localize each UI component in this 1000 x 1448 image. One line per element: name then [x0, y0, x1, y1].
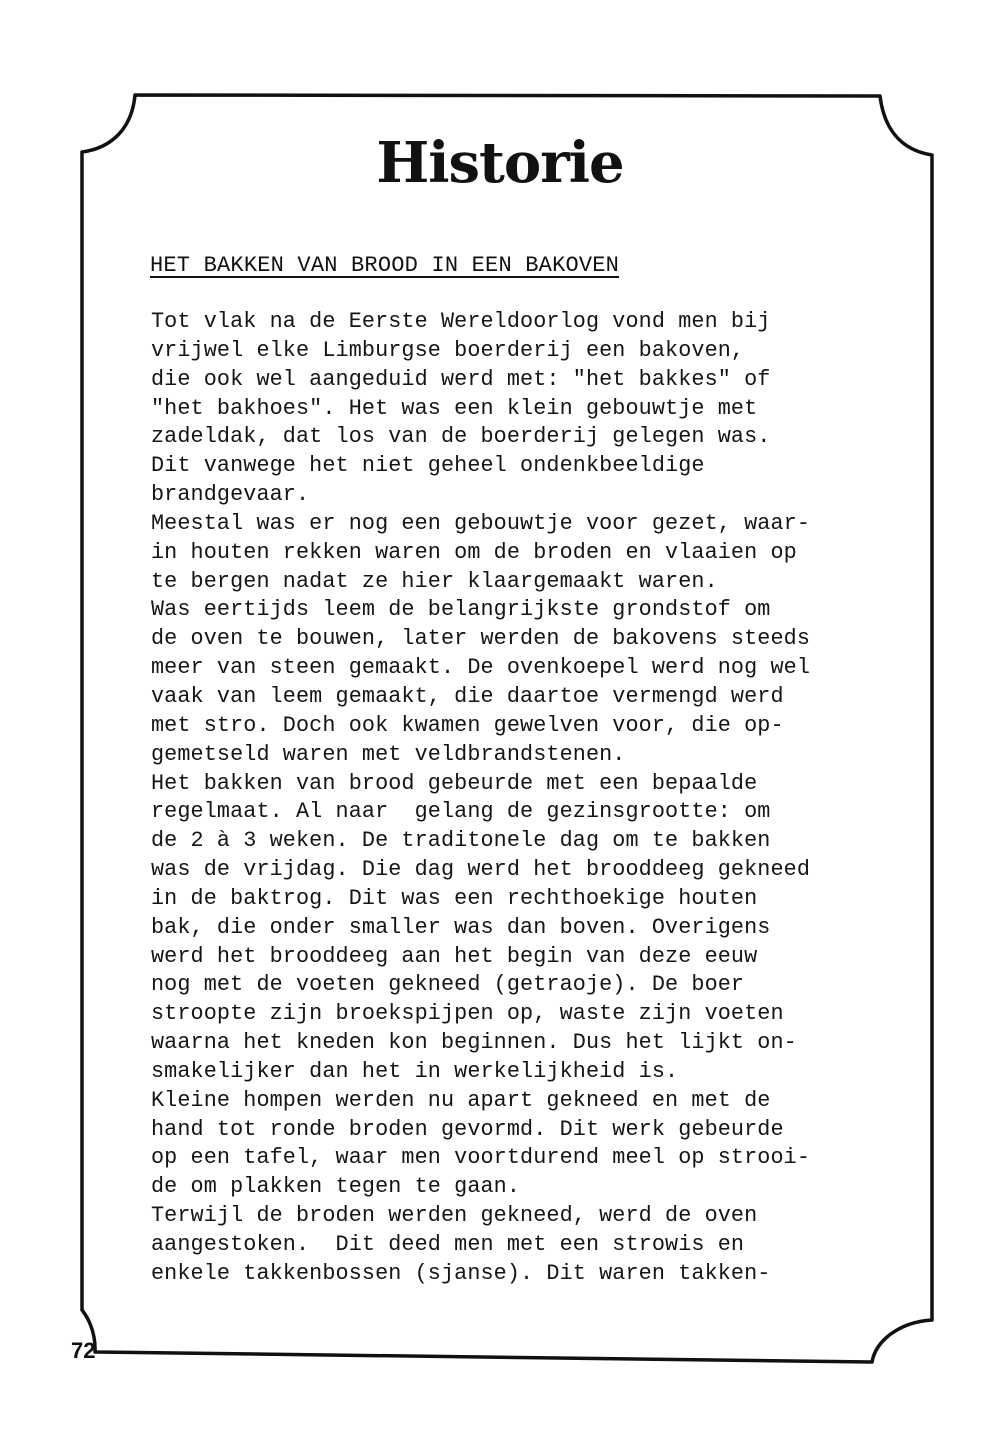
- body-line: met stro. Doch ook kwamen gewelven voor,…: [151, 712, 921, 741]
- article-heading: HET BAKKEN VAN BROOD IN EEN BAKOVEN: [150, 253, 619, 278]
- body-line: brandgevaar.: [151, 481, 921, 510]
- body-line: Was eertijds leem de belangrijkste grond…: [151, 596, 921, 625]
- body-line: aangestoken. Dit deed men met een strowi…: [151, 1231, 921, 1260]
- body-line: zadeldak, dat los van de boerderij geleg…: [151, 423, 921, 452]
- body-line: was de vrijdag. Die dag werd het broodde…: [151, 856, 921, 885]
- body-line: in houten rekken waren om de broden en v…: [151, 539, 921, 568]
- body-line: stroopte zijn broekspijpen op, waste zij…: [151, 1000, 921, 1029]
- body-line: de oven te bouwen, later werden de bakov…: [151, 625, 921, 654]
- body-line: de 2 à 3 weken. De traditonele dag om te…: [151, 827, 921, 856]
- page-number: 72: [71, 1338, 95, 1364]
- document-page: Historie HET BAKKEN VAN BROOD IN EEN BAK…: [0, 0, 1000, 1448]
- body-line: nog met de voeten gekneed (getraoje). De…: [151, 971, 921, 1000]
- body-line: hand tot ronde broden gevormd. Dit werk …: [151, 1116, 921, 1145]
- article-body: Tot vlak na de Eerste Wereldoorlog vond …: [151, 308, 921, 1289]
- body-line: vrijwel elke Limburgse boerderij een bak…: [151, 337, 921, 366]
- body-line: Het bakken van brood gebeurde met een be…: [151, 770, 921, 799]
- body-line: die ook wel aangeduid werd met: "het bak…: [151, 366, 921, 395]
- body-line: "het bakhoes". Het was een klein gebouwt…: [151, 395, 921, 424]
- body-line: op een tafel, waar men voortdurend meel …: [151, 1144, 921, 1173]
- body-line: Meestal was er nog een gebouwtje voor ge…: [151, 510, 921, 539]
- body-line: Kleine hompen werden nu apart gekneed en…: [151, 1087, 921, 1116]
- body-line: gemetseld waren met veldbrandstenen.: [151, 741, 921, 770]
- body-line: vaak van leem gemaakt, die daartoe verme…: [151, 683, 921, 712]
- body-line: Tot vlak na de Eerste Wereldoorlog vond …: [151, 308, 921, 337]
- body-line: Dit vanwege het niet geheel ondenkbeeldi…: [151, 452, 921, 481]
- body-line: in de baktrog. Dit was een rechthoekige …: [151, 885, 921, 914]
- body-line: smakelijker dan het in werkelijkheid is.: [151, 1058, 921, 1087]
- body-line: meer van steen gemaakt. De ovenkoepel we…: [151, 654, 921, 683]
- body-line: te bergen nadat ze hier klaargemaakt war…: [151, 568, 921, 597]
- body-line: enkele takkenbossen (sjanse). Dit waren …: [151, 1260, 921, 1289]
- body-line: bak, die onder smaller was dan boven. Ov…: [151, 914, 921, 943]
- body-line: werd het brooddeeg aan het begin van dez…: [151, 943, 921, 972]
- body-line: waarna het kneden kon beginnen. Dus het …: [151, 1029, 921, 1058]
- body-line: regelmaat. Al naar gelang de gezinsgroot…: [151, 798, 921, 827]
- section-title: Historie: [0, 130, 1000, 196]
- body-line: Terwijl de broden werden gekneed, werd d…: [151, 1202, 921, 1231]
- body-line: de om plakken tegen te gaan.: [151, 1173, 921, 1202]
